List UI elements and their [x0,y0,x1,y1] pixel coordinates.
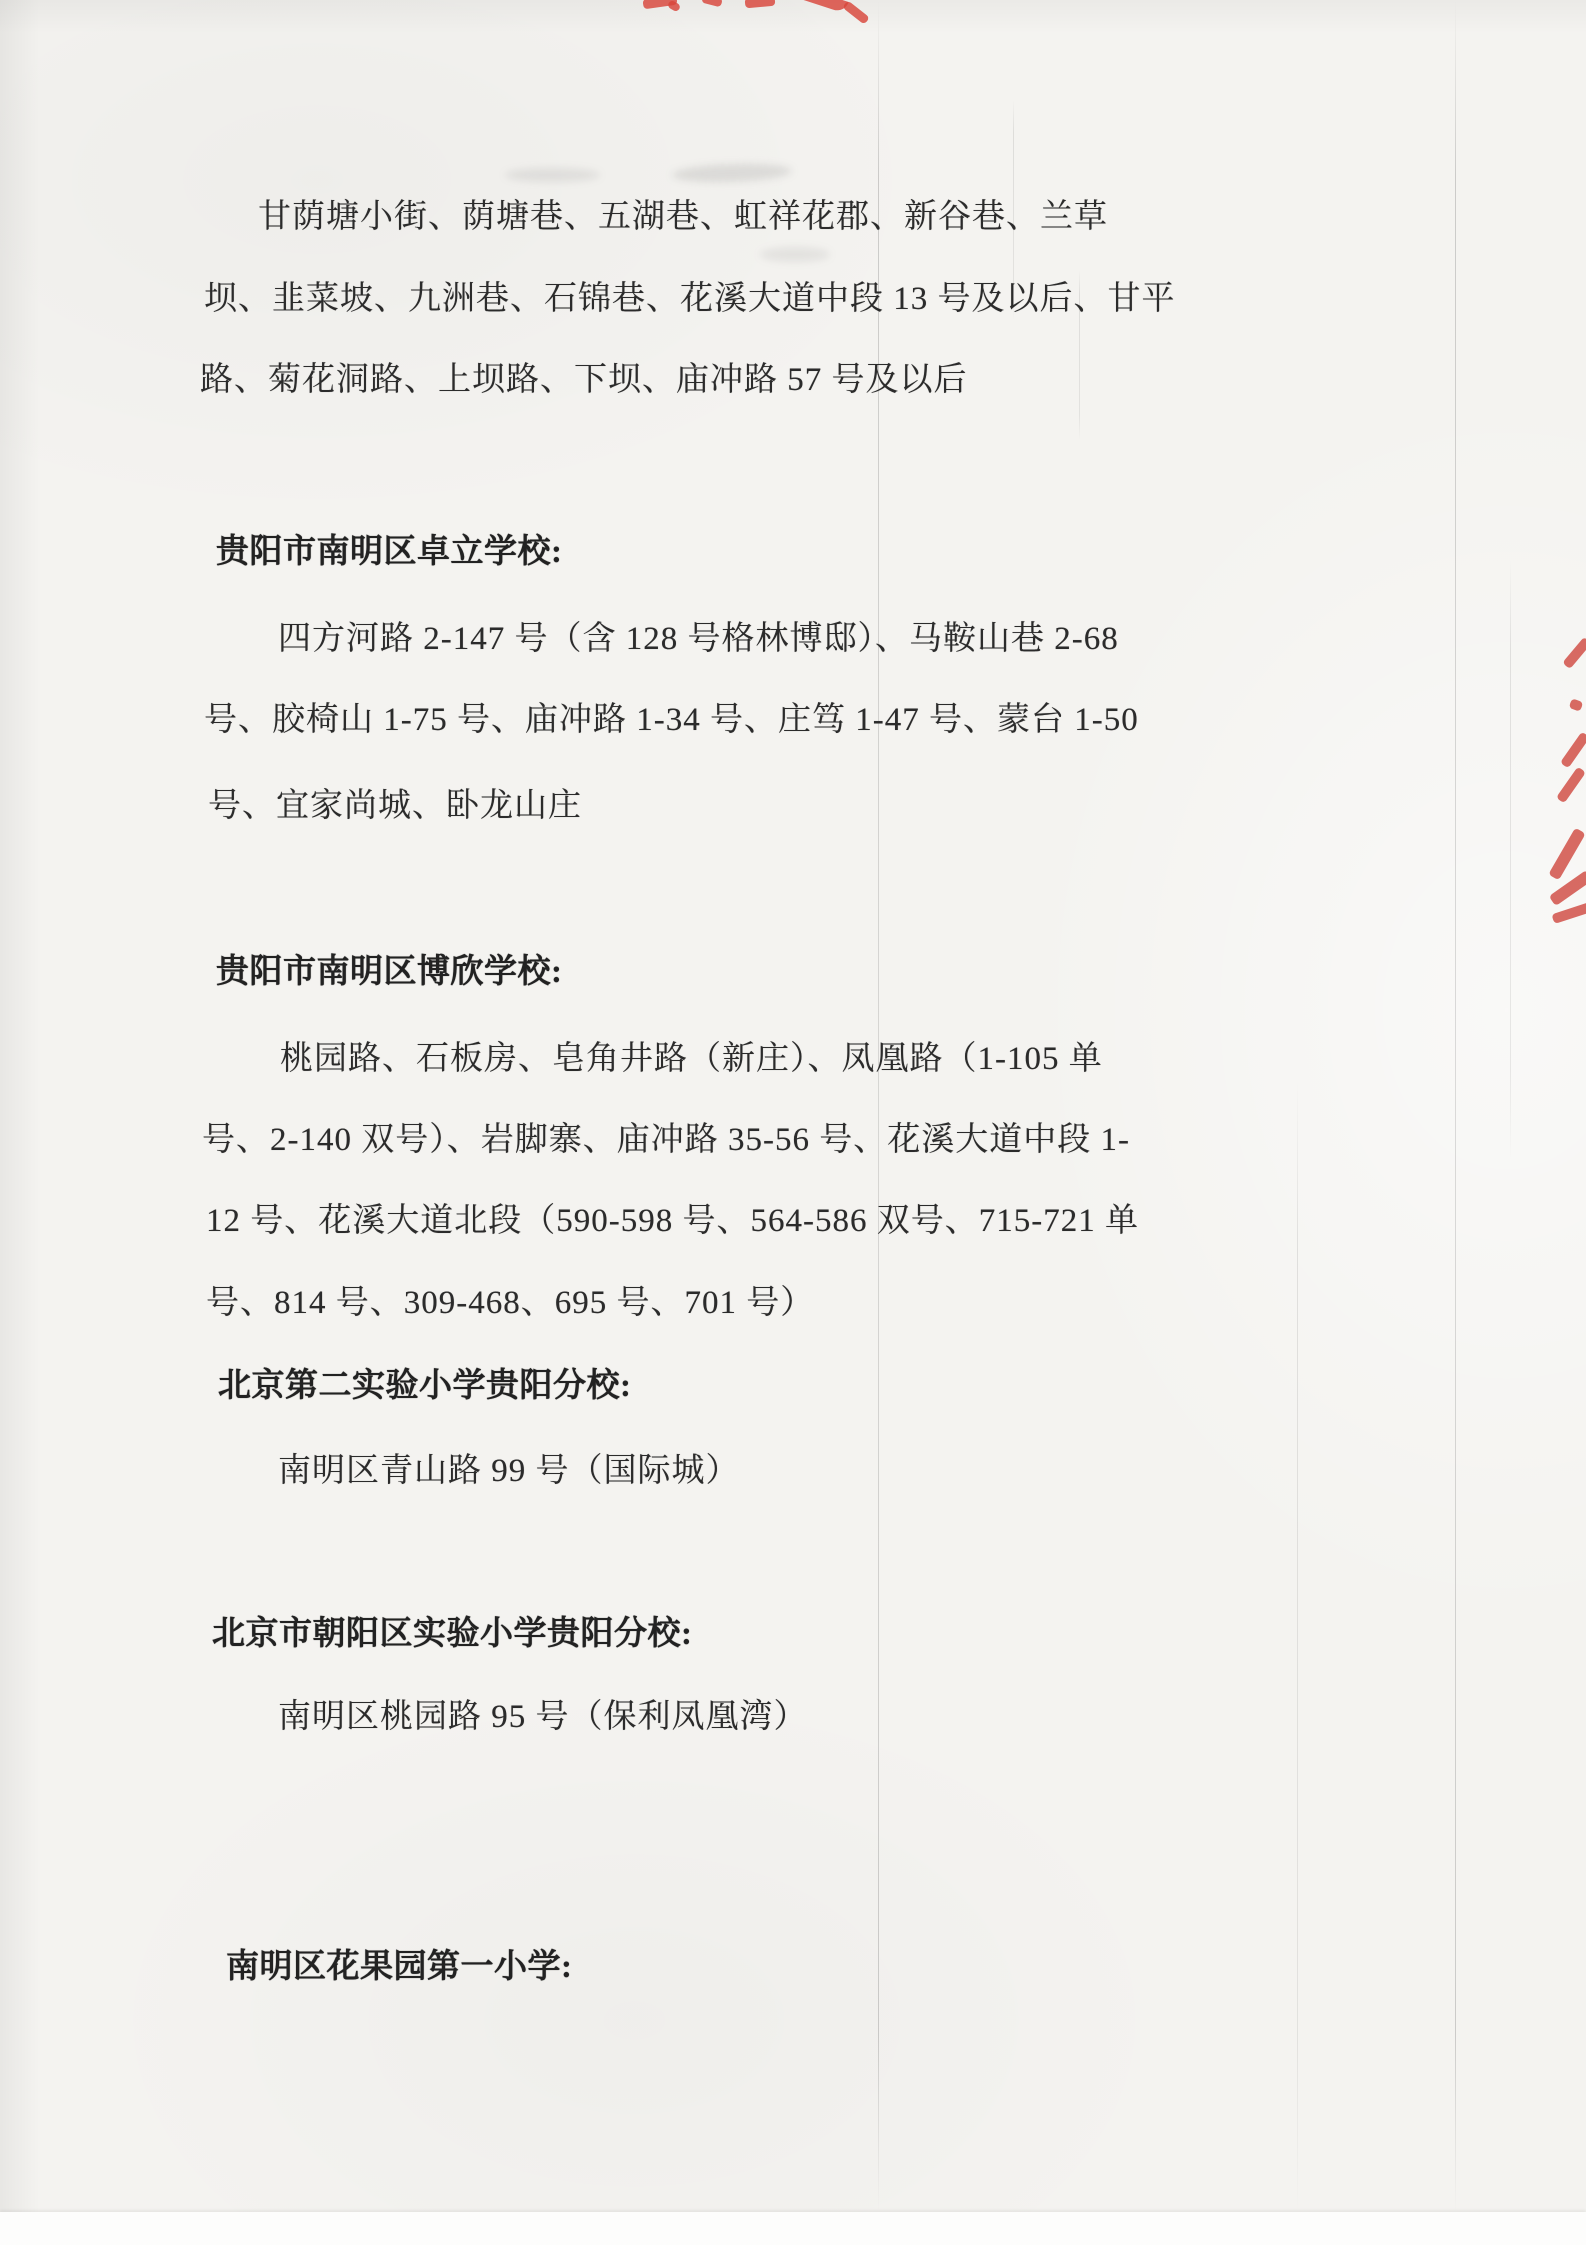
fold-crease-right [1455,0,1456,2212]
red-stamp-fragment [642,0,677,9]
school-section-heading: 贵阳市南明区博欣学校: [216,953,563,993]
school-section-heading: 北京第二实验小学贵阳分校: [218,1367,632,1407]
scanned-document-page: 甘荫塘小街、荫塘巷、五湖巷、虹祥花郡、新谷巷、兰草 坝、韭菜坡、九洲巷、石锦巷、… [0,0,1586,2245]
address-line: 南明区桃园路 95 号（保利凤凰湾） [278,1698,808,1738]
red-handwriting-fragment [1562,637,1586,669]
address-line: 号、宜家尚城、卧龙山庄 [208,787,582,827]
scan-smudge [760,247,830,262]
red-stamp-fragment [797,0,848,13]
scan-smudge [672,162,793,184]
fold-crease-right-lower [1297,1080,1298,2212]
school-section-heading: 南明区花果园第一小学: [226,1948,573,1988]
red-handwriting-fragment [1569,698,1584,712]
address-line: 桃园路、石板房、皂角井路（新庄）、凤凰路（1-105 单 [280,1040,1103,1080]
red-handwriting-fragment [1549,870,1586,906]
address-line: 四方河路 2-147 号（含 128 号格林博邸）、马鞍山巷 2-68 [278,620,1119,660]
address-line: 号、2-140 双号）、岩脚寨、庙冲路 35-56 号、花溪大道中段 1- [202,1121,1130,1161]
school-section-heading: 北京市朝阳区实验小学贵阳分校: [212,1615,693,1655]
red-stamp-fragment [745,0,776,8]
fold-crease-center [878,0,879,2212]
school-section-heading: 贵阳市南明区卓立学校: [216,533,563,573]
red-stamp-fragment [667,0,681,12]
address-line: 南明区青山路 99 号（国际城） [278,1452,740,1492]
red-handwriting-fragment [1548,828,1585,881]
address-line: 号、814 号、309-468、695 号、701 号） [206,1284,814,1324]
red-stamp-fragment [701,0,723,7]
address-line: 甘荫塘小街、荫塘巷、五湖巷、虹祥花郡、新谷巷、兰草 [258,198,1108,238]
address-line: 坝、韭菜坡、九洲巷、石锦巷、花溪大道中段 13 号及以后、甘平 [204,280,1176,320]
fold-crease-short-3 [1510,560,1511,1160]
address-line: 号、胶椅山 1-75 号、庙冲路 1-34 号、庄笃 1-47 号、蒙台 1-5… [204,701,1139,741]
address-line: 12 号、花溪大道北段（590-598 号、564-586 双号、715-721… [206,1202,1139,1242]
scan-smudge [505,168,600,182]
red-handwriting-fragment [1551,902,1586,924]
red-handwriting-fragment [1560,732,1586,769]
address-line: 路、菊花洞路、上坝路、下坝、庙冲路 57 号及以后 [200,361,968,401]
scanner-bed-edge [0,2212,1586,2245]
red-handwriting-fragment [1556,767,1586,804]
red-stamp-fragment [842,0,870,24]
